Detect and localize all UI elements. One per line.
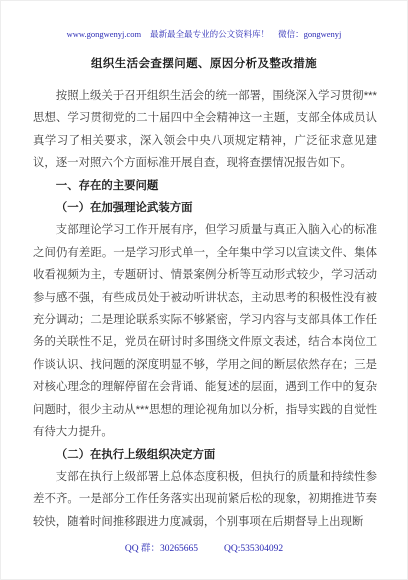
subsection-heading-theory: （一）在加强理论武装方面: [33, 197, 377, 219]
subsection-heading-execution: （二）在执行上级组织决定方面: [33, 444, 377, 466]
site-tagline: 最新最全最专业的公文资料库！: [150, 29, 269, 39]
qq-group-number: QQ 群：30265665: [125, 544, 198, 554]
qq-number: QQ:535304092: [224, 544, 283, 554]
document-title: 组织生活会查摆问题、原因分析及整改措施: [1, 55, 407, 71]
document-page: www.gongwenyj.com最新最全最专业的公文资料库！微信：gongwe…: [0, 0, 408, 580]
section-heading-main-problems: 一、存在的主要问题: [33, 175, 377, 197]
paragraph-theory-issues: 支部理论学习工作开展有序，但学习质量与真正入脑入心的标准之间仍有差距。一是学习形…: [33, 219, 377, 443]
paragraph-intro: 按照上级关于召开组织生活会的统一部署，围绕深入学习贯彻***思想、学习贯彻党的二…: [33, 85, 377, 175]
site-footer: QQ 群：30265665QQ:535304092: [1, 540, 407, 554]
paragraph-execution-issues: 支部在执行上级部署上总体态度积极，但执行的质量和持续性参差不齐。一是部分工作任务…: [33, 466, 377, 533]
site-url: www.gongwenyj.com: [67, 29, 142, 39]
site-wechat: 微信：gongwenyj: [278, 29, 341, 39]
document-body: 按照上级关于召开组织生活会的统一部署，围绕深入学习贯彻***思想、学习贯彻党的二…: [33, 85, 377, 533]
site-header: www.gongwenyj.com最新最全最专业的公文资料库！微信：gongwe…: [1, 28, 407, 40]
